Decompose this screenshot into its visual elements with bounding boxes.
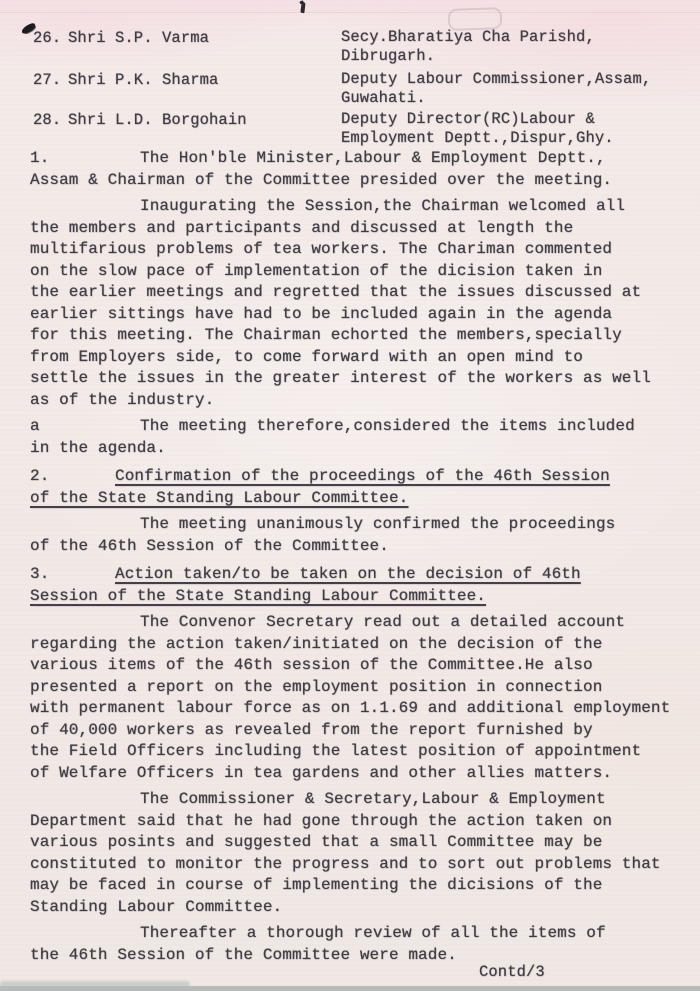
attendee-row: 27.Shri P.K. SharmaDeputy Labour Commiss…	[30, 70, 670, 108]
document-page: 26.Shri S.P. VarmaSecy.Bharatiya Cha Par…	[0, 0, 700, 991]
attendee-list: 26.Shri S.P. VarmaSecy.Bharatiya Cha Par…	[0, 0, 700, 148]
attendee-number: 26.	[33, 28, 68, 48]
attendee-name-cell: 28.Shri L.D. Borgohain	[30, 110, 341, 130]
text-line: presented a report on the employment pos…	[30, 677, 672, 699]
paragraph: Thereafter a thorough review of all the …	[30, 923, 672, 966]
attendee-designation-line: Employment Deptt.,Dispur,Ghy.	[341, 129, 670, 148]
text-line: the 46th Session of the Committee were m…	[30, 945, 672, 967]
paragraph-number: a	[30, 416, 40, 438]
text-line: various posints and suggested that a sma…	[30, 832, 672, 854]
paragraph-number: 1.	[30, 148, 49, 170]
text-line: Standing Labour Committee.	[30, 897, 672, 919]
text-line: The meeting unanimously confirmed the pr…	[30, 514, 672, 536]
text-line: Confirmation of the proceedings of the 4…	[30, 466, 672, 488]
paragraph: The Commissioner & Secretary,Labour & Em…	[30, 789, 672, 918]
text-line: constituted to monitor the progress and …	[30, 854, 672, 876]
attendee-name: Shri S.P. Varma	[68, 28, 209, 48]
attendee-designation-line: Guwahati.	[341, 89, 670, 108]
text-line: the earlier meetings and regretted that …	[30, 282, 672, 304]
text-line: multifarious problems of tea workers. Th…	[30, 239, 672, 261]
text-line: Thereafter a thorough review of all the …	[30, 923, 672, 945]
text-line: with permanent labour force as on 1.1.69…	[30, 698, 672, 720]
text-line: of the 46th Session of the Committee.	[30, 536, 672, 558]
attendee-name-cell: 26.Shri S.P. Varma	[30, 28, 341, 48]
attendee-designation-cell: Deputy Director(RC)Labour &Employment De…	[341, 110, 670, 148]
text-line: Action taken/to be taken on the decision…	[30, 564, 672, 586]
paragraph-number: 3.	[30, 564, 49, 586]
attendee-designation-line: Deputy Director(RC)Labour &	[341, 110, 670, 129]
attendee-designation-cell: Secy.Bharatiya Cha Parishd,Dibrugarh.	[341, 28, 670, 66]
paragraph: The meeting unanimously confirmed the pr…	[30, 514, 672, 557]
text-line: may be faced in course of implementing t…	[30, 875, 672, 897]
paragraph-number: 2.	[30, 466, 49, 488]
attendee-row: 26.Shri S.P. VarmaSecy.Bharatiya Cha Par…	[30, 28, 670, 66]
text-line: of 40,000 workers as revealed from the r…	[30, 720, 672, 742]
section-heading: 2.Confirmation of the proceedings of the…	[30, 466, 672, 509]
attendee-name: Shri P.K. Sharma	[68, 70, 218, 90]
attendee-designation-line: Deputy Labour Commissioner,Assam,	[341, 70, 670, 89]
paragraph: aThe meeting therefore,considered the it…	[30, 416, 672, 459]
text-line: Assam & Chairman of the Committee presid…	[30, 170, 672, 192]
section-heading: 3.Action taken/to be taken on the decisi…	[30, 564, 672, 607]
minutes-body: 1.The Hon'ble Minister,Labour & Employme…	[0, 148, 700, 966]
text-line: The meeting therefore,considered the ite…	[30, 416, 672, 438]
text-line: Inaugurating the Session,the Chairman we…	[30, 196, 672, 218]
paragraph: Inaugurating the Session,the Chairman we…	[30, 196, 672, 411]
text-line: of Welfare Officers in tea gardens and o…	[30, 763, 672, 785]
text-line: from Employers side, to come forward wit…	[30, 347, 672, 369]
text-line: in the agenda.	[30, 438, 672, 460]
attendee-designation-cell: Deputy Labour Commissioner,Assam,Guwahat…	[341, 70, 670, 108]
scan-bottom-edge	[0, 986, 700, 991]
paragraph: 1.The Hon'ble Minister,Labour & Employme…	[30, 148, 672, 191]
text-line: the members and participants and discuss…	[30, 218, 672, 240]
page-continuation: Contd/3	[479, 963, 545, 981]
text-line: Session of the State Standing Labour Com…	[30, 586, 672, 608]
text-line: for this meeting. The Chairman echorted …	[30, 325, 672, 347]
paragraph: The Convenor Secretary read out a detail…	[30, 612, 672, 784]
text-line: earlier sittings have had to be included…	[30, 304, 672, 326]
text-line: regarding the action taken/initiated on …	[30, 634, 672, 656]
text-line: as of the industry.	[30, 390, 672, 412]
attendee-number: 28.	[33, 110, 68, 130]
continuation-label: Contd/3	[479, 963, 545, 981]
text-line: of the State Standing Labour Committee.	[30, 488, 672, 510]
text-line: Department said that he had gone through…	[30, 811, 672, 833]
attendee-number: 27.	[33, 70, 68, 90]
attendee-designation-line: Secy.Bharatiya Cha Parishd,	[341, 28, 670, 47]
text-line: The Convenor Secretary read out a detail…	[30, 612, 672, 634]
text-line: The Commissioner & Secretary,Labour & Em…	[30, 789, 672, 811]
text-line: The Hon'ble Minister,Labour & Employment…	[30, 148, 672, 170]
text-line: the Field Officers including the latest …	[30, 741, 672, 763]
attendee-name: Shri L.D. Borgohain	[68, 110, 247, 130]
attendee-designation-line: Dibrugarh.	[341, 47, 670, 66]
text-line: on the slow pace of implementation of th…	[30, 261, 672, 283]
attendee-name-cell: 27.Shri P.K. Sharma	[30, 70, 341, 90]
text-line: various items of the 46th session of the…	[30, 655, 672, 677]
attendee-row: 28.Shri L.D. BorgohainDeputy Director(RC…	[30, 110, 670, 148]
text-line: settle the issues in the greater interes…	[30, 368, 672, 390]
